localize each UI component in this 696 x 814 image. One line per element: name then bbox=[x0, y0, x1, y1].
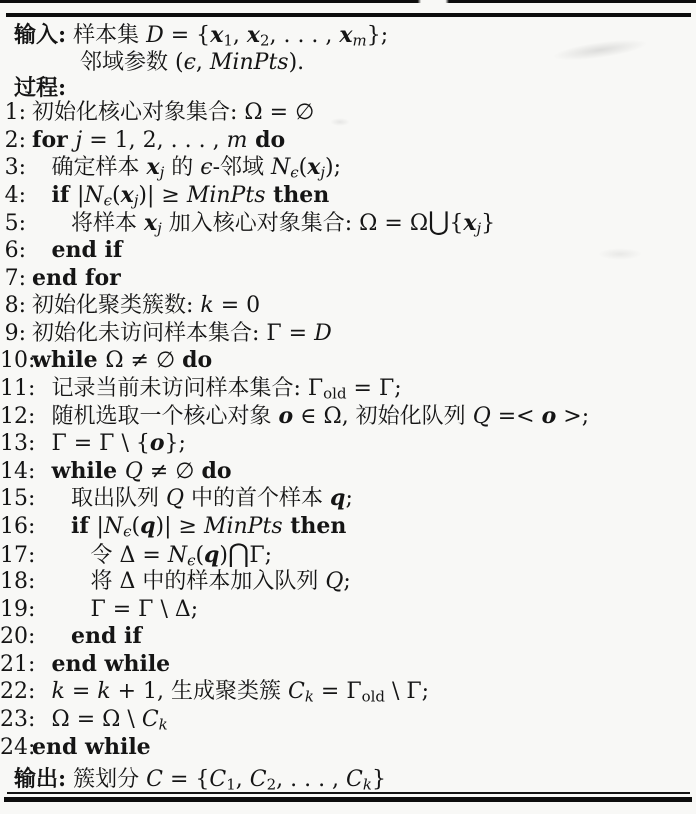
seg-t: 的 bbox=[164, 155, 200, 180]
line-content: k = k + 1, 生成聚类簇 Ck = Γold \ Γ; bbox=[52, 679, 430, 704]
seg-m: C bbox=[250, 767, 267, 792]
line-number: 22: bbox=[0, 678, 26, 706]
seg-kw: if bbox=[71, 513, 96, 539]
line-number: 6: bbox=[0, 237, 26, 265]
seg-m: Q bbox=[166, 486, 184, 511]
line-content: 初始化聚类簇数: k = 0 bbox=[32, 293, 260, 318]
seg-kw: end while bbox=[52, 651, 171, 677]
seg-m: D bbox=[146, 23, 164, 48]
seg-sb: ϵ bbox=[123, 522, 131, 540]
algo-lines: 输入:样本集 D = {x1, x2, . . . , xm};邻域参数 (ϵ,… bbox=[0, 21, 696, 795]
seg-sbr: 1 bbox=[226, 776, 236, 794]
line-content: 确定样本 xj 的 ϵ-邻域 Nϵ(xj); bbox=[52, 155, 342, 180]
seg-t: ( bbox=[132, 514, 141, 539]
seg-t: 随机选取一个核心对象 bbox=[52, 404, 279, 429]
seg-t: = Γ bbox=[314, 679, 362, 704]
seg-t: ( bbox=[112, 183, 121, 208]
seg-m: C bbox=[209, 767, 226, 792]
seg-m: Q bbox=[125, 459, 143, 484]
seg-mb: x bbox=[144, 210, 157, 236]
algo-line-14: 14:while Q ≠ ∅ do bbox=[0, 458, 696, 486]
seg-t: Γ; bbox=[249, 543, 272, 568]
algo-line-24: 24:end while bbox=[0, 734, 696, 762]
line-number: 21: bbox=[0, 651, 26, 679]
line-label: 过程: bbox=[14, 75, 66, 101]
algo-line-input2: 邻域参数 (ϵ, MinPts). bbox=[0, 49, 696, 77]
line-number: 8: bbox=[0, 292, 26, 320]
seg-mb: q bbox=[330, 485, 345, 511]
seg-t: 初始化核心对象集合: Ω = ∅ bbox=[32, 100, 314, 125]
seg-t: ( bbox=[299, 155, 308, 180]
algo-line-7: 7:end for bbox=[0, 265, 696, 293]
seg-m: k bbox=[200, 293, 213, 318]
seg-mb: x bbox=[339, 22, 352, 48]
seg-kw: then bbox=[283, 513, 347, 539]
seg-t: ); bbox=[325, 155, 341, 180]
line-content: 初始化未访问样本集合: Γ = D bbox=[32, 321, 332, 346]
seg-m: m bbox=[227, 128, 248, 153]
seg-m: N bbox=[271, 155, 290, 180]
seg-mb: x bbox=[210, 22, 223, 48]
algo-line-5: 5:将样本 xj 加入核心对象集合: Ω = Ω⋃{xj} bbox=[0, 209, 696, 237]
seg-mb: x bbox=[247, 22, 260, 48]
seg-t: ). bbox=[289, 50, 305, 75]
line-number: 15: bbox=[0, 485, 26, 513]
algo-line-8: 8:初始化聚类簇数: k = 0 bbox=[0, 292, 696, 320]
seg-t: , bbox=[236, 767, 250, 792]
seg-sbr: 1 bbox=[223, 31, 233, 49]
seg-t: , . . . , bbox=[276, 767, 346, 792]
seg-sb: k bbox=[363, 776, 372, 794]
line-content: 随机选取一个核心对象 o ∈ Ω, 初始化队列 Q =< o >; bbox=[52, 404, 590, 429]
seg-t: } bbox=[481, 211, 495, 236]
seg-t: 中的首个样本 bbox=[184, 486, 330, 511]
seg-t: ( bbox=[195, 543, 204, 568]
algo-line-13: 13:Γ = Γ \ {o}; bbox=[0, 430, 696, 458]
seg-t: 令 Δ = bbox=[91, 543, 168, 568]
top-rule bbox=[6, 13, 691, 17]
line-label: 输出: bbox=[14, 766, 66, 792]
seg-kw: then bbox=[265, 182, 329, 208]
seg-kw: if bbox=[52, 182, 77, 208]
seg-m: k bbox=[97, 679, 110, 704]
algo-line-input1: 输入:样本集 D = {x1, x2, . . . , xm}; bbox=[0, 21, 696, 49]
seg-m: N bbox=[104, 514, 123, 539]
seg-t: }; bbox=[165, 431, 186, 456]
line-number: 1: bbox=[0, 99, 26, 127]
line-content: 簇划分 C = {C1, C2, . . . , Ck} bbox=[73, 767, 386, 792]
algo-line-22: 22:k = k + 1, 生成聚类簇 Ck = Γold \ Γ; bbox=[0, 678, 696, 706]
line-label: 输入: bbox=[14, 22, 66, 48]
seg-big: ⋃ bbox=[428, 207, 449, 237]
line-content: Ω = Ω \ Ck bbox=[52, 707, 168, 732]
line-number: 19: bbox=[0, 596, 26, 624]
seg-sb: ϵ bbox=[290, 163, 298, 181]
line-content: 取出队列 Q 中的首个样本 q; bbox=[71, 486, 353, 511]
seg-kw: while bbox=[32, 347, 105, 373]
algo-line-6: 6:end if bbox=[0, 237, 696, 265]
algo-line-1: 1:初始化核心对象集合: Ω = ∅ bbox=[0, 99, 696, 127]
seg-m: C bbox=[288, 679, 305, 704]
algo-line-output: 输出:簇划分 C = {C1, C2, . . . , Ck} bbox=[0, 761, 696, 795]
seg-m: N bbox=[168, 543, 187, 568]
bottom-rule-thin bbox=[7, 792, 690, 794]
seg-sbr: 2 bbox=[267, 776, 277, 794]
line-number: 10: bbox=[0, 347, 26, 375]
seg-m: MinPts bbox=[210, 50, 289, 75]
seg-t: >; bbox=[556, 404, 589, 429]
line-number: 2: bbox=[0, 127, 26, 155]
line-content: if |Nϵ(q)| ≥ MinPts then bbox=[71, 514, 346, 539]
seg-m: C bbox=[142, 707, 159, 732]
seg-t: = Γ; bbox=[347, 376, 402, 401]
algo-line-process: 过程: bbox=[0, 77, 696, 99]
seg-t: ; bbox=[345, 486, 352, 511]
algo-line-23: 23:Ω = Ω \ Ck bbox=[0, 706, 696, 734]
seg-t: Ω = Ω \ bbox=[52, 707, 142, 732]
seg-m: Q bbox=[473, 404, 491, 429]
line-content: for j = 1, 2, . . . , m do bbox=[32, 128, 285, 153]
line-number: 18: bbox=[0, 568, 26, 596]
algo-line-19: 19:Γ = Γ \ Δ; bbox=[0, 596, 696, 624]
seg-sbr: old bbox=[323, 384, 346, 402]
seg-t: 将 Δ 中的样本加入队列 bbox=[91, 569, 326, 594]
seg-mb: x bbox=[121, 182, 134, 208]
seg-mb: o bbox=[150, 430, 165, 456]
line-content: 初始化核心对象集合: Ω = ∅ bbox=[32, 100, 314, 125]
seg-t: { bbox=[449, 211, 463, 236]
seg-t: 加入核心对象集合: Ω = Ω bbox=[162, 211, 428, 236]
line-content: end if bbox=[52, 238, 123, 263]
seg-t: Ω ≠ ∅ bbox=[105, 348, 182, 373]
line-number: 17: bbox=[0, 542, 26, 570]
seg-sb: ϵ bbox=[104, 191, 112, 209]
seg-t: , . . . , bbox=[269, 23, 339, 48]
line-content: end while bbox=[32, 735, 151, 760]
seg-m: Q bbox=[325, 569, 343, 594]
seg-t: )| ≥ bbox=[138, 183, 186, 208]
line-content: 记录当前未访问样本集合: Γold = Γ; bbox=[52, 376, 402, 401]
seg-t: 簇划分 bbox=[73, 767, 146, 792]
seg-kw: while bbox=[52, 458, 125, 484]
line-number: 23: bbox=[0, 706, 26, 734]
seg-kw: end for bbox=[32, 265, 121, 291]
seg-t: ≠ ∅ bbox=[143, 459, 202, 484]
seg-m: k bbox=[52, 679, 65, 704]
seg-mb: x bbox=[307, 154, 320, 180]
seg-kw: do bbox=[247, 127, 285, 153]
seg-m: MinPts bbox=[204, 514, 283, 539]
seg-mb: o bbox=[542, 403, 557, 429]
line-number: 9: bbox=[0, 320, 26, 348]
seg-mb: q bbox=[204, 542, 219, 568]
line-number: 16: bbox=[0, 513, 26, 541]
line-content: 样本集 D = {x1, x2, . . . , xm}; bbox=[73, 23, 388, 48]
seg-t: ; bbox=[343, 569, 350, 594]
algo-line-3: 3:确定样本 xj 的 ϵ-邻域 Nϵ(xj); bbox=[0, 154, 696, 182]
line-content: 将样本 xj 加入核心对象集合: Ω = Ω⋃{xj} bbox=[71, 211, 495, 236]
line-content: 邻域参数 (ϵ, MinPts). bbox=[80, 50, 304, 75]
seg-sbr: old bbox=[362, 688, 385, 706]
seg-sb: k bbox=[159, 715, 168, 733]
seg-t: \ Γ; bbox=[385, 679, 429, 704]
line-content: if |Nϵ(xj)| ≥ MinPts then bbox=[52, 183, 330, 208]
algo-line-12: 12:随机选取一个核心对象 o ∈ Ω, 初始化队列 Q =< o >; bbox=[0, 403, 696, 431]
seg-m: ϵ bbox=[184, 50, 196, 75]
seg-kw: end if bbox=[52, 237, 123, 263]
algo-line-15: 15:取出队列 Q 中的首个样本 q; bbox=[0, 485, 696, 513]
line-number: 5: bbox=[0, 210, 26, 238]
line-content: Γ = Γ \ {o}; bbox=[52, 431, 186, 456]
line-number: 4: bbox=[0, 182, 26, 210]
seg-kw: do bbox=[201, 458, 231, 484]
seg-kw: do bbox=[182, 347, 212, 373]
seg-sb: k bbox=[305, 688, 314, 706]
seg-t: = 0 bbox=[214, 293, 260, 318]
line-number: 20: bbox=[0, 623, 26, 651]
line-content: end while bbox=[52, 652, 171, 677]
seg-mb: x bbox=[147, 154, 160, 180]
seg-t: }; bbox=[367, 23, 388, 48]
line-number: 13: bbox=[0, 430, 26, 458]
seg-m: N bbox=[84, 183, 103, 208]
line-content: while Ω ≠ ∅ do bbox=[32, 348, 212, 373]
line-number: 14: bbox=[0, 458, 26, 486]
algo-line-18: 18:将 Δ 中的样本加入队列 Q; bbox=[0, 568, 696, 596]
line-content: Γ = Γ \ Δ; bbox=[91, 597, 199, 622]
seg-t: =< bbox=[491, 404, 542, 429]
line-content: 将 Δ 中的样本加入队列 Q; bbox=[91, 569, 351, 594]
seg-kw: end if bbox=[71, 623, 142, 649]
seg-t: 将样本 bbox=[71, 211, 144, 236]
line-number: 7: bbox=[0, 265, 26, 293]
seg-t: } bbox=[372, 767, 386, 792]
algo-line-16: 16:if |Nϵ(q)| ≥ MinPts then bbox=[0, 513, 696, 541]
seg-t: = bbox=[65, 679, 97, 704]
line-number: 24: bbox=[0, 734, 26, 762]
algo-line-2: 2:for j = 1, 2, . . . , m do bbox=[0, 127, 696, 155]
seg-t: ) bbox=[219, 543, 228, 568]
seg-big: ⋂ bbox=[228, 539, 249, 569]
seg-t: Γ = Γ \ { bbox=[52, 431, 150, 456]
seg-kw: for bbox=[32, 127, 75, 153]
seg-t: 初始化未访问样本集合: Γ = bbox=[32, 321, 314, 346]
algo-line-17: 17:令 Δ = Nϵ(q)⋂Γ; bbox=[0, 541, 696, 569]
seg-mb: x bbox=[463, 210, 476, 236]
algo-line-20: 20:end if bbox=[0, 623, 696, 651]
seg-m: C bbox=[346, 767, 363, 792]
seg-m: D bbox=[314, 321, 332, 346]
seg-sb: m bbox=[353, 31, 367, 49]
algo-line-21: 21:end while bbox=[0, 651, 696, 679]
seg-t: = 1, 2, . . . , bbox=[82, 128, 226, 153]
seg-t: )| ≥ bbox=[156, 514, 204, 539]
algo-line-9: 9:初始化未访问样本集合: Γ = D bbox=[0, 320, 696, 348]
line-number: 12: bbox=[0, 403, 26, 431]
top-edge-scan-bar bbox=[0, 0, 696, 3]
seg-mb: o bbox=[279, 403, 294, 429]
line-content: 令 Δ = Nϵ(q)⋂Γ; bbox=[91, 543, 273, 568]
seg-t: = { bbox=[164, 23, 210, 48]
seg-t: 样本集 bbox=[73, 23, 146, 48]
seg-t: 初始化聚类簇数: bbox=[32, 293, 200, 318]
seg-t: Γ = Γ \ Δ; bbox=[91, 597, 199, 622]
algorithm-figure: 输入:样本集 D = {x1, x2, . . . , xm};邻域参数 (ϵ,… bbox=[0, 0, 696, 814]
seg-t: ∈ Ω, 初始化队列 bbox=[293, 404, 473, 429]
seg-m: ϵ bbox=[200, 155, 212, 180]
seg-t: = { bbox=[163, 767, 209, 792]
line-content: end for bbox=[32, 266, 121, 291]
seg-mb: q bbox=[140, 513, 155, 539]
algo-line-10: 10:while Ω ≠ ∅ do bbox=[0, 347, 696, 375]
seg-t: 记录当前未访问样本集合: Γ bbox=[52, 376, 324, 401]
seg-t: | bbox=[96, 514, 103, 539]
seg-t: -邻域 bbox=[213, 155, 271, 180]
seg-t: 取出队列 bbox=[71, 486, 166, 511]
line-number: 11: bbox=[0, 375, 26, 403]
seg-t: , bbox=[233, 23, 247, 48]
line-number: 3: bbox=[0, 154, 26, 182]
seg-cal: C bbox=[146, 767, 163, 792]
seg-m: MinPts bbox=[187, 183, 266, 208]
algo-line-11: 11:记录当前未访问样本集合: Γold = Γ; bbox=[0, 375, 696, 403]
seg-t: 确定样本 bbox=[52, 155, 147, 180]
seg-t: 邻域参数 ( bbox=[80, 50, 184, 75]
line-content: while Q ≠ ∅ do bbox=[52, 459, 232, 484]
seg-t: , bbox=[196, 50, 210, 75]
bottom-rule-thick bbox=[4, 797, 692, 802]
seg-t: + 1, 生成聚类簇 bbox=[111, 679, 288, 704]
algo-line-4: 4:if |Nϵ(xj)| ≥ MinPts then bbox=[0, 182, 696, 210]
seg-kw: end while bbox=[32, 734, 151, 760]
line-content: end if bbox=[71, 624, 142, 649]
